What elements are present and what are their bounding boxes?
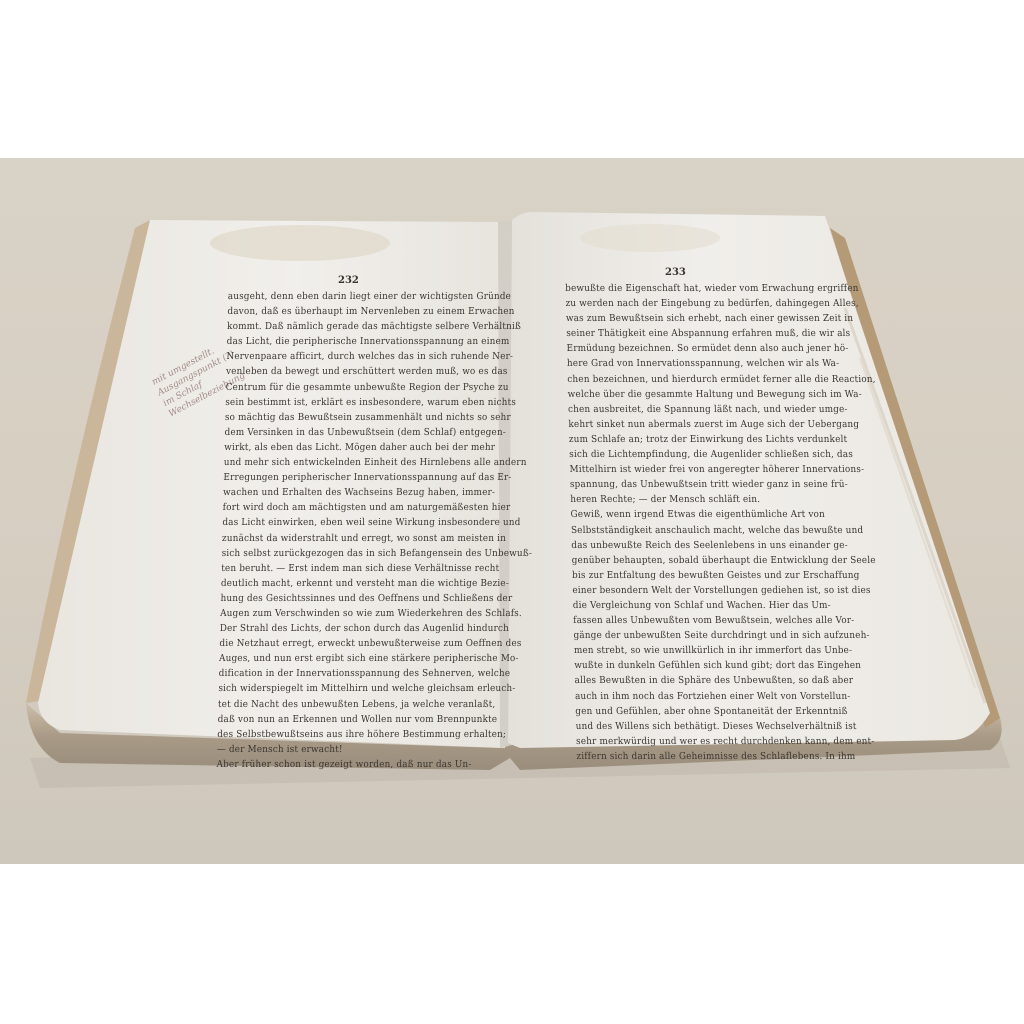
text-line: here Grad von Innervationsspannung, welc… — [567, 356, 876, 371]
text-line: Augen zum Verschwinden so wie zum Wieder… — [220, 606, 531, 621]
text-line: tet die Nacht des unbewußten Lebens, ja … — [218, 697, 529, 712]
right-page-number: 233 — [665, 267, 686, 278]
text-line: davon, daß es überhaupt im Nervenleben z… — [227, 304, 538, 319]
text-line: hung des Gesichtssinnes und des Oeffnens… — [220, 591, 531, 606]
text-line: so mächtig das Bewußtsein zusammenhält u… — [225, 410, 536, 425]
text-line: fassen alles Unbewußten vom Bewußtsein, … — [573, 613, 882, 628]
text-line: wachen und Erhalten des Wachseins Bezug … — [223, 485, 534, 500]
text-line: Centrum für die gesammte unbewußte Regio… — [225, 380, 536, 395]
text-line: men strebt, so wie unwillkürlich in ihr … — [574, 643, 883, 658]
book-photo: 232 233 mit umgestellt. Ausgangspunkt (?… — [0, 158, 1024, 864]
text-line: Mittelhirn ist wieder frei von angeregte… — [569, 462, 878, 477]
text-line: Der Strahl des Lichts, der schon durch d… — [220, 621, 531, 636]
text-line: sich selbst zurückgezogen das in sich Be… — [221, 546, 532, 561]
text-line: ausgeht, denn eben darin liegt einer der… — [228, 289, 539, 304]
text-line: zum Schlafe an; trotz der Einwirkung des… — [569, 432, 878, 447]
text-line: bis zur Entfaltung des bewußten Geistes … — [572, 568, 881, 583]
text-line: das Licht, die peripherische Innervation… — [227, 334, 538, 349]
text-line: chen ausbreitet, die Spannung läßt nach,… — [568, 402, 877, 417]
text-line: gen und Gefühlen, aber ohne Spontaneität… — [575, 704, 884, 719]
text-line: gänge der unbewußten Seite durchdringt u… — [573, 628, 882, 643]
text-line: einer besondern Welt der Vorstellungen g… — [572, 583, 881, 598]
text-line: ziffern sich darin alle Geheimnisse des … — [576, 749, 885, 764]
text-line: deutlich macht, erkennt und versteht man… — [221, 576, 532, 591]
text-line: chen bezeichnen, und hierdurch ermüdet f… — [567, 372, 876, 387]
text-line: zu werden nach der Eingebung zu bedürfen… — [565, 296, 874, 311]
text-line: dification in der Innervationsspannung d… — [219, 666, 530, 681]
text-line: dem Versinken in das Unbewußtsein (dem S… — [224, 425, 535, 440]
text-line: Auges, und nun erst ergibt sich eine stä… — [219, 651, 530, 666]
text-line: sich die Lichtempfindung, die Augenlider… — [569, 447, 878, 462]
text-line: auch in ihm noch das Fortziehen einer We… — [575, 689, 884, 704]
text-line: venleben da bewegt und erschüttert werde… — [226, 364, 537, 379]
text-line: seiner Thätigkeit eine Abspannung erfahr… — [566, 326, 875, 341]
text-line: Erregungen peripherischer Innervationssp… — [223, 470, 534, 485]
text-line: zunächst da widerstrahlt und erregt, wo … — [222, 531, 533, 546]
text-line: die Vergleichung von Schlaf und Wachen. … — [573, 598, 882, 613]
text-line: und des Willens sich bethätigt. Dieses W… — [576, 719, 885, 734]
text-line: ten beruht. — Erst indem man sich diese … — [221, 561, 532, 576]
text-line: Gewiß, wenn irgend Etwas die eigenthümli… — [570, 507, 879, 522]
text-line: Ermüdung bezeichnen. So ermüdet denn als… — [566, 341, 875, 356]
text-line: sehr merkwürdig und wer es recht durchde… — [576, 734, 885, 749]
text-line: die Netzhaut erregt, erweckt unbewußterw… — [219, 636, 530, 651]
text-line: das Licht einwirken, eben weil seine Wir… — [222, 515, 533, 530]
text-line: genüber behaupten, sobald überhaupt die … — [572, 553, 881, 568]
text-line: — der Mensch ist erwacht! — [217, 742, 528, 757]
text-line: Aber früher schon ist gezeigt worden, da… — [216, 757, 527, 772]
text-line: heren Rechte; — der Mensch schläft ein. — [570, 492, 879, 507]
text-line: daß von nun an Erkennen und Wollen nur v… — [217, 712, 528, 727]
text-line: was zum Bewußtsein sich erhebt, nach ein… — [566, 311, 875, 326]
text-line: wirkt, als eben das Licht. Mögen daher a… — [224, 440, 535, 455]
text-line: fort wird doch am mächtigsten und am nat… — [223, 500, 534, 515]
text-line: Nervenpaare afficirt, durch welches das … — [226, 349, 537, 364]
text-line: Selbstständigkeit anschaulich macht, wel… — [571, 523, 880, 538]
left-page-text: ausgeht, denn eben darin liegt einer der… — [216, 289, 538, 772]
text-line: und mehr sich entwickelnden Einheit des … — [224, 455, 535, 470]
text-line: welche über die gesammte Haltung und Bew… — [568, 387, 877, 402]
text-line: sich widerspiegelt im Mittelhirn und wel… — [218, 681, 529, 696]
right-page-text: bewußte die Eigenschaft hat, wieder vom … — [565, 281, 885, 764]
text-line: wußte in dunkeln Gefühlen sich kund gibt… — [574, 658, 883, 673]
text-line: des Selbstbewußtseins aus ihre höhere Be… — [217, 727, 528, 742]
text-line: kommt. Daß nämlich gerade das mächtigste… — [227, 319, 538, 334]
text-line: das unbewußte Reich des Seelenlebens in … — [571, 538, 880, 553]
text-line: sein bestimmt ist, erklärt es insbesonde… — [225, 395, 536, 410]
text-line: kehrt sinket nun abermals zuerst im Auge… — [568, 417, 877, 432]
text-line: bewußte die Eigenschaft hat, wieder vom … — [565, 281, 874, 296]
text-line: alles Bewußten in die Sphäre des Unbewuß… — [574, 673, 883, 688]
left-page-number: 232 — [338, 275, 359, 286]
text-line: spannung, das Unbewußtsein tritt wieder … — [570, 477, 879, 492]
